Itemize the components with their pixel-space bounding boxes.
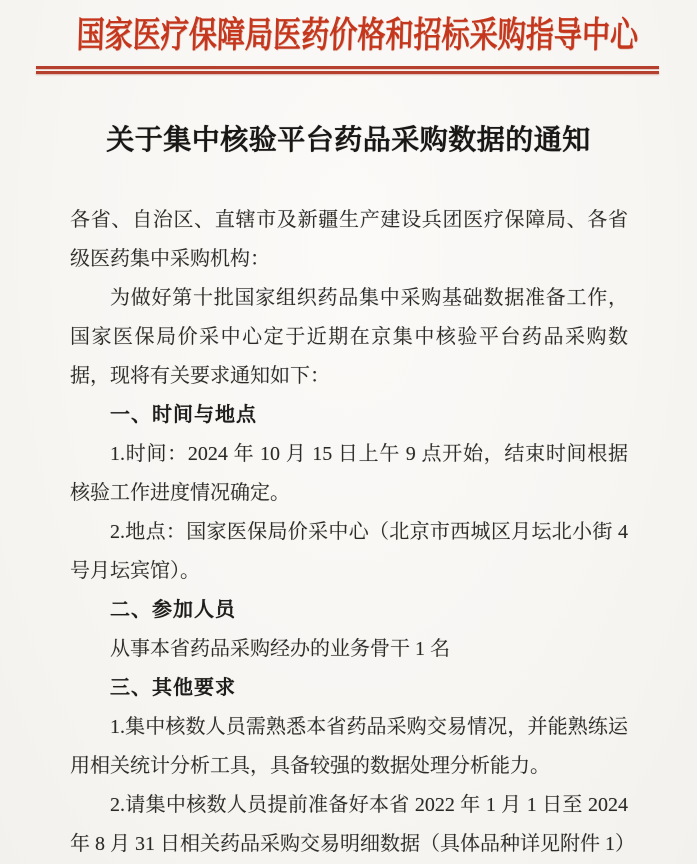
paragraph-requirement-1: 1.集中核数人员需熟悉本省药品采购交易情况，并能熟练运用相关统计分析工具，具备较… xyxy=(70,708,628,786)
rule-top-line xyxy=(36,66,659,69)
document-page: 国家医疗保障局医药价格和招标采购指导中心 关于集中核验平台药品采购数据的通知 各… xyxy=(0,0,697,864)
section-heading-participants: 二、参加人员 xyxy=(70,591,628,630)
notice-body: 各省、自治区、直辖市及新疆生产建设兵团医疗保障局、各省级医药集中采购机构： 为做… xyxy=(70,201,628,864)
paragraph-location: 2.地点：国家医保局价采中心（北京市西城区月坛北小街 4 号月坛宾馆）。 xyxy=(70,513,628,591)
paragraph-addressees: 各省、自治区、直辖市及新疆生产建设兵团医疗保障局、各省级医药集中采购机构： xyxy=(70,201,628,279)
letterhead-org-name: 国家医疗保障局医药价格和招标采购指导中心 xyxy=(76,0,621,59)
letterhead-double-rule xyxy=(36,66,659,74)
notice-title: 关于集中核验平台药品采购数据的通知 xyxy=(0,123,697,159)
section-heading-other-requirements: 三、其他要求 xyxy=(70,669,628,708)
paragraph-requirement-2: 2.请集中核数人员提前准备好本省 2022 年 1 月 1 日至 2024 年 … xyxy=(70,786,628,864)
rule-bottom-line xyxy=(36,71,659,74)
paragraph-time: 1.时间：2024 年 10 月 15 日上午 9 点开始，结束时间根据核验工作… xyxy=(70,435,628,513)
paragraph-participants: 从事本省药品采购经办的业务骨干 1 名 xyxy=(70,630,628,669)
letterhead: 国家医疗保障局医药价格和招标采购指导中心 xyxy=(0,0,697,74)
section-heading-time-place: 一、时间与地点 xyxy=(70,396,628,435)
paragraph-intro: 为做好第十批国家组织药品集中采购基础数据准备工作，国家医保局价采中心定于近期在京… xyxy=(70,279,628,396)
